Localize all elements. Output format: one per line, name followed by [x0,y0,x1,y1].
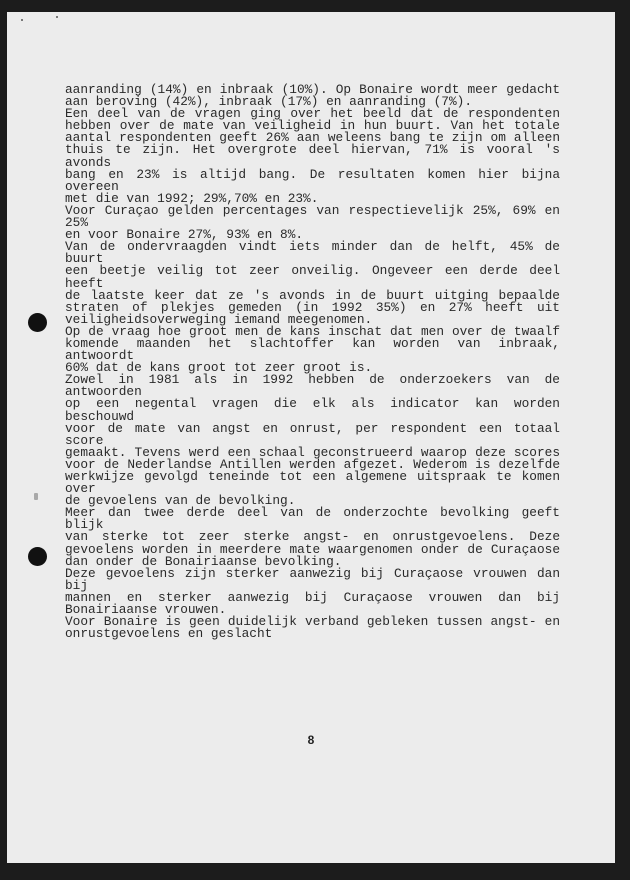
text-line: werkwijze gevolgd teneinde tot een algem… [65,471,560,495]
page-number: 8 [7,733,615,747]
paragraph: Deze gevoelens zijn sterker aanwezig bij… [65,568,560,616]
ink-smudge [34,493,38,500]
text-line: thuis te zijn. Het overgrote deel hierva… [65,144,560,168]
text-line: bang en 23% is altijd bang. De resultate… [65,169,560,193]
text-line: Deze gevoelens zijn sterker aanwezig bij… [65,568,560,592]
text-line: onrustgevoelens en geslacht [65,628,560,640]
punch-hole-top [28,313,47,332]
paragraph: Een deel van de vragen ging over het bee… [65,108,560,205]
scan-speck [56,16,58,18]
text-line: voor de mate van angst en onrust, per re… [65,423,560,447]
text-line: een beetje veilig tot zeer onveilig. Ong… [65,265,560,289]
paragraph: Op de vraag hoe groot men de kans inscha… [65,326,560,374]
paragraph: Meer dan twee derde deel van de onderzoc… [65,507,560,567]
text-line: Zowel in 1981 als in 1992 hebben de onde… [65,374,560,398]
scanned-page: aanranding (14%) en inbraak (10%). Op Bo… [7,12,615,863]
text-line: Meer dan twee derde deel van de onderzoc… [65,507,560,531]
document-body: aanranding (14%) en inbraak (10%). Op Bo… [65,84,560,640]
paragraph: aanranding (14%) en inbraak (10%). Op Bo… [65,84,560,108]
scan-speck [21,19,23,21]
paragraph: Voor Bonaire is geen duidelijk verband g… [65,616,560,640]
paragraph: Voor Curaçao gelden percentages van resp… [65,205,560,241]
text-line: Van de ondervraagden vindt iets minder d… [65,241,560,265]
text-line: komende maanden het slachtoffer kan word… [65,338,560,362]
text-line: op een negental vragen die elk als indic… [65,398,560,422]
paragraph: Van de ondervraagden vindt iets minder d… [65,241,560,326]
text-line: Voor Curaçao gelden percentages van resp… [65,205,560,229]
paragraph: Zowel in 1981 als in 1992 hebben de onde… [65,374,560,507]
punch-hole-bottom [28,547,47,566]
